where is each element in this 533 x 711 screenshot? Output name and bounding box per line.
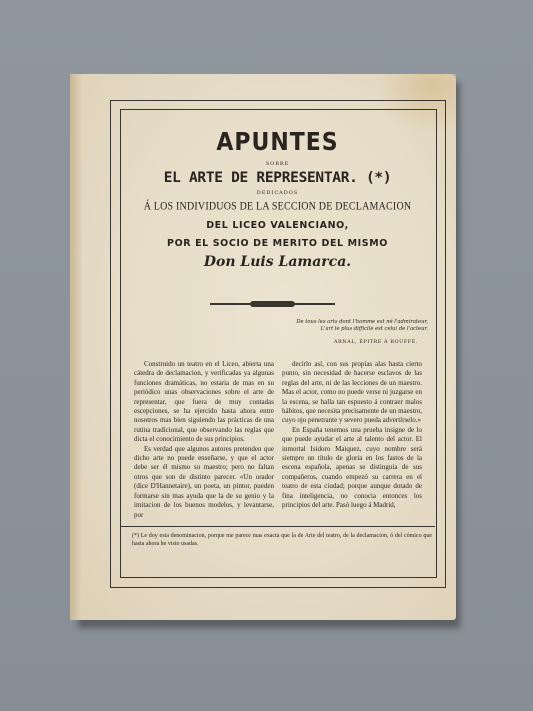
dedication-line-3: POR EL SOCIO DE MERITO DEL MISMO [120, 238, 435, 249]
document-title: APUNTES [120, 128, 435, 157]
epigraph: De tous les arts dont l'homme est né l'a… [238, 319, 428, 333]
dedication-label: DEDICADOS [120, 190, 435, 196]
dedication-line-2: DEL LICEO VALENCIANO, [120, 220, 435, 231]
paragraph: Construido un teatro en el Liceo, abiert… [134, 360, 274, 445]
document-page: APUNTES SOBRE EL ARTE DE REPRESENTAR. (*… [70, 74, 456, 620]
paragraph: decirlo así, con sus propias alas hasta … [282, 360, 422, 426]
epigraph-line: De tous les arts dont l'homme est né l'a… [238, 319, 428, 326]
epigraph-source: ARNAL, ÉPITRE À BOUFFÉ. [238, 339, 418, 345]
footnote: (*) Le doy esta denominacion, porque me … [132, 532, 432, 548]
paragraph: En España tenemos una prueba insigne de … [282, 426, 422, 511]
body-column-right: decirlo así, con sus propias alas hasta … [282, 360, 422, 511]
title-connector: SOBRE [120, 161, 435, 167]
epigraph-line: L'art le plus difficile est celui de l'a… [238, 326, 428, 333]
page-spine-edge [70, 74, 82, 620]
dedication-line-1: Á LOS INDIVIDUOS DE LA SECCION DE DECLAM… [120, 200, 435, 213]
paragraph: Es verdad que algunos autores pretenden … [134, 445, 274, 520]
author-name: Don Luis Lamarca. [120, 254, 435, 270]
body-column-left: Construido un teatro en el Liceo, abiert… [134, 360, 274, 520]
ornamental-rule-center [250, 301, 295, 307]
document-subtitle: EL ARTE DE REPRESENTAR. (*) [120, 170, 435, 186]
footnote-divider [120, 526, 435, 527]
